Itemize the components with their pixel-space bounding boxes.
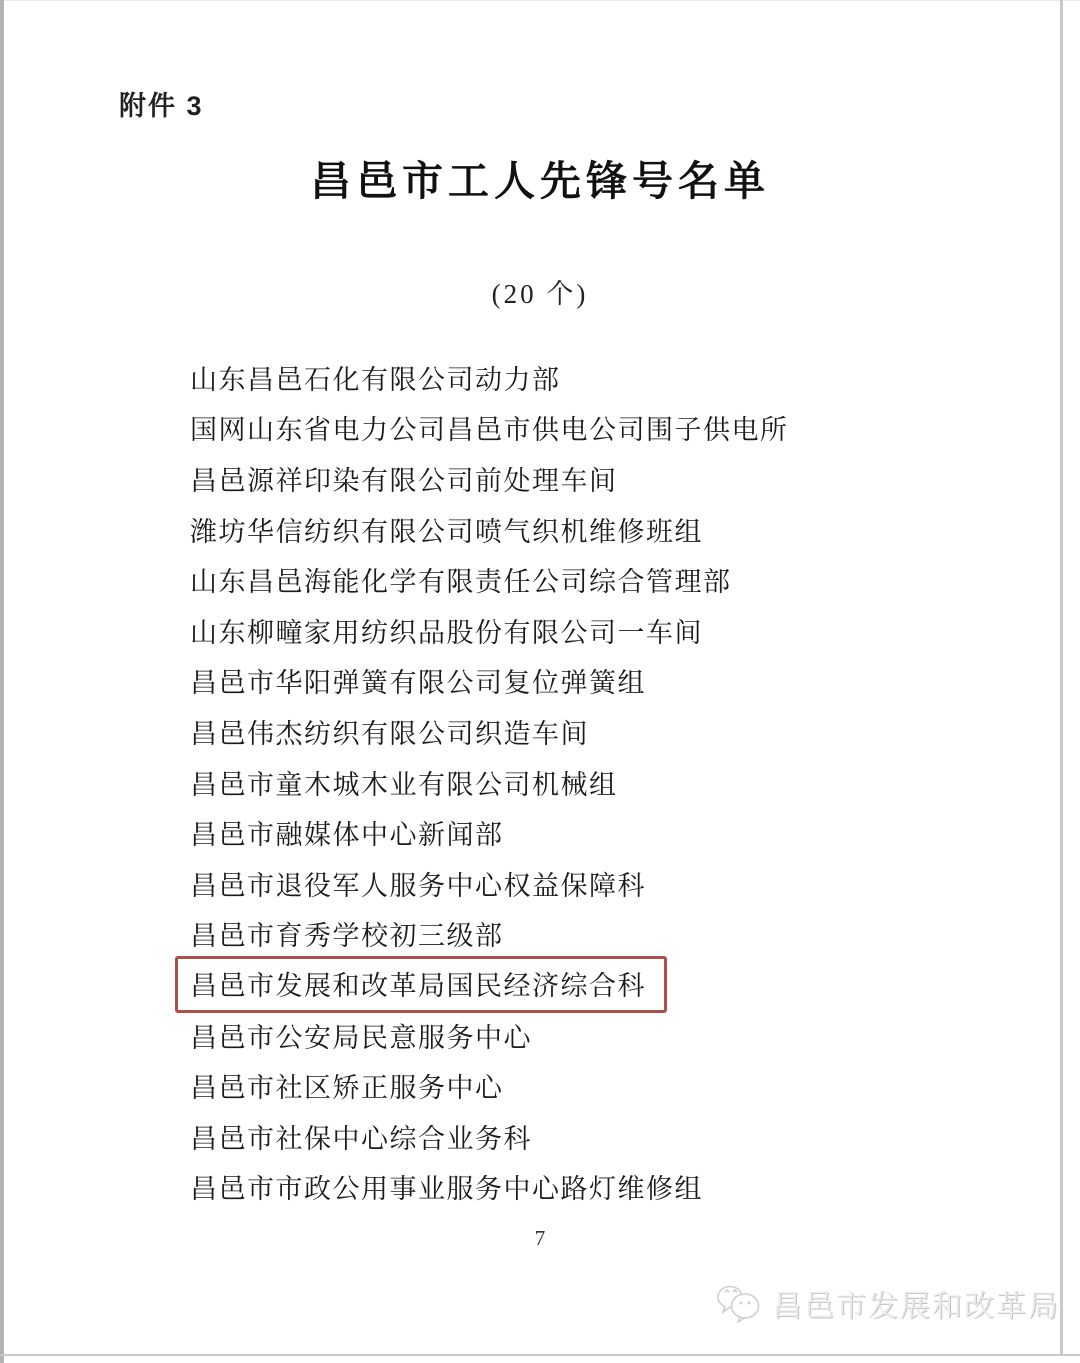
list-item-text: 昌邑市社保中心综合业务科 <box>190 1117 532 1156</box>
list-item: 昌邑伟杰纺织有限公司织造车间 <box>190 706 1030 757</box>
list-item-text: 潍坊华信纺织有限公司喷气织机维修班组 <box>190 510 703 549</box>
list-item: 昌邑源祥印染有限公司前处理车间 <box>190 453 1030 504</box>
watermark-label: 昌邑市发展和改革局 <box>772 1281 1060 1325</box>
list-item-text: 昌邑市退役军人服务中心权益保障科 <box>190 864 646 903</box>
list-item-text: 昌邑市童木城木业有限公司机械组 <box>190 763 618 802</box>
list-item-text: 昌邑伟杰纺织有限公司织造车间 <box>190 712 589 751</box>
list-item: 昌邑市退役军人服务中心权益保障科 <box>190 858 1030 909</box>
list-item-text: 昌邑市公安局民意服务中心 <box>190 1016 532 1055</box>
list-item-text: 昌邑市育秀学校初三级部 <box>190 914 504 953</box>
list-item-text: 山东昌邑海能化学有限责任公司综合管理部 <box>190 560 732 599</box>
attachment-label: 附件 3 <box>119 84 204 123</box>
list-item-text: 国网山东省电力公司昌邑市供电公司围子供电所 <box>190 408 789 447</box>
page-edge-bottom <box>0 1354 1080 1356</box>
page-edge-top <box>0 0 1080 1</box>
list-item: 潍坊华信纺织有限公司喷气织机维修班组 <box>190 504 1030 555</box>
list-item: 山东柳疃家用纺织品股份有限公司一车间 <box>190 605 1030 656</box>
list-item: 昌邑市市政公用事业服务中心路灯维修组 <box>190 1162 1030 1213</box>
document-page: 附件 3 昌邑市工人先锋号名单 (20 个) 山东昌邑石化有限公司动力部 国网山… <box>0 0 1080 1363</box>
list-item-text: 昌邑市发展和改革局国民经济综合科 <box>175 956 667 1013</box>
list-item-text: 昌邑市华阳弹簧有限公司复位弹簧组 <box>190 661 646 700</box>
list-item-text: 昌邑市融媒体中心新闻部 <box>190 813 504 852</box>
page-number: 7 <box>0 1226 1080 1251</box>
list-item-text: 山东昌邑石化有限公司动力部 <box>190 358 561 397</box>
list-item: 昌邑市华阳弹簧有限公司复位弹簧组 <box>190 656 1030 707</box>
list-item: 昌邑市融媒体中心新闻部 <box>190 807 1030 858</box>
list-item: 昌邑市育秀学校初三级部 <box>190 909 1030 960</box>
list-item-text: 昌邑源祥印染有限公司前处理车间 <box>190 459 618 498</box>
list-item-text: 昌邑市市政公用事业服务中心路灯维修组 <box>190 1167 703 1206</box>
list-item-text: 山东柳疃家用纺织品股份有限公司一车间 <box>190 611 703 650</box>
wechat-icon <box>716 1283 762 1323</box>
watermark: 昌邑市发展和改革局 <box>716 1281 1060 1325</box>
page-title: 昌邑市工人先锋号名单 <box>0 148 1080 207</box>
list-item-text: 昌邑市社区矫正服务中心 <box>190 1066 504 1105</box>
list-item: 昌邑市社保中心综合业务科 <box>190 1111 1030 1162</box>
list-item: 昌邑市童木城木业有限公司机械组 <box>190 757 1030 808</box>
list-item: 昌邑市公安局民意服务中心 <box>190 1010 1030 1061</box>
list-item: 山东昌邑海能化学有限责任公司综合管理部 <box>190 554 1030 605</box>
list-item: 昌邑市发展和改革局国民经济综合科 <box>190 959 1030 1010</box>
award-list: 山东昌邑石化有限公司动力部 国网山东省电力公司昌邑市供电公司围子供电所 昌邑源祥… <box>190 352 1030 1212</box>
list-item: 山东昌邑石化有限公司动力部 <box>190 352 1030 403</box>
count-label: (20 个) <box>0 272 1080 311</box>
list-item: 国网山东省电力公司昌邑市供电公司围子供电所 <box>190 403 1030 454</box>
list-item: 昌邑市社区矫正服务中心 <box>190 1060 1030 1111</box>
